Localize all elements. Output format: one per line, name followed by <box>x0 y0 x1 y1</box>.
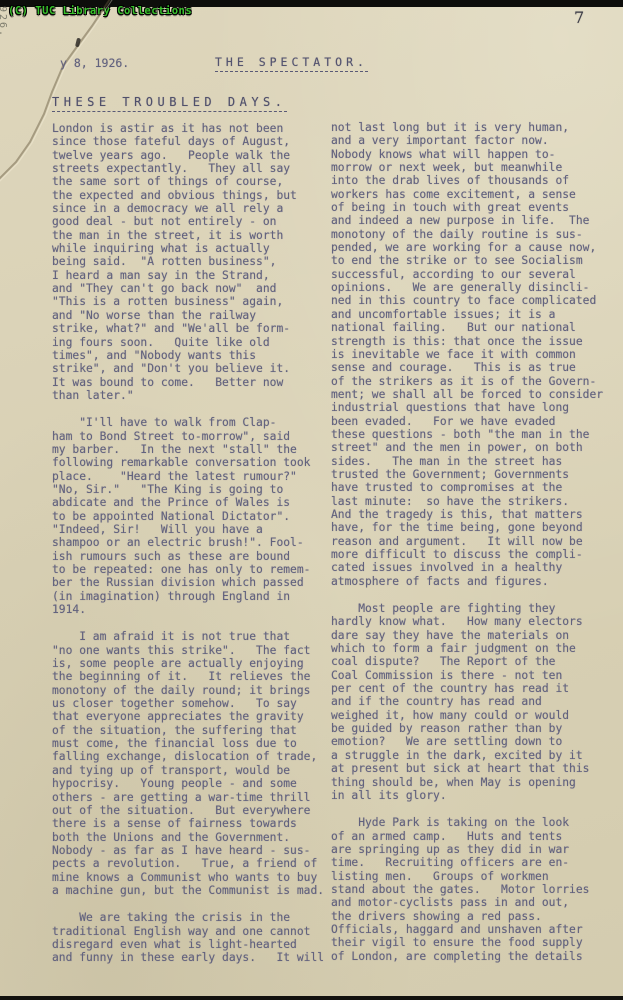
paragraph: Most people are fighting they hardly kno… <box>331 602 619 802</box>
publication-masthead: THE SPECTATOR. <box>215 55 368 72</box>
paragraph: I am afraid it is not true that "no one … <box>52 630 340 897</box>
paragraph: Hyde Park is taking on the look of an ar… <box>331 816 619 963</box>
copyright-watermark: (C) TUC Library Collections <box>8 5 192 17</box>
paragraph: We are taking the crisis in the traditio… <box>52 911 340 964</box>
scanner-border-bottom <box>0 996 623 1000</box>
article-left-column: London is astir as it has not been since… <box>52 122 340 979</box>
document-page: (C) TUC Library Collections 7 926. y 8, … <box>0 0 623 1000</box>
article-right-column: not last long but it is very human, and … <box>331 121 619 977</box>
article-title: THESE TROUBLED DAYS. <box>52 95 287 112</box>
paragraph: London is astir as it has not been since… <box>52 122 340 402</box>
ink-smudge <box>75 38 81 48</box>
paragraph: "I'll have to walk from Clap- ham to Bon… <box>52 416 340 616</box>
issue-date: y 8, 1926. <box>60 56 129 70</box>
page-number: 7 <box>574 8 584 27</box>
paragraph: not last long but it is very human, and … <box>331 121 619 588</box>
margin-note: 926. <box>0 6 8 38</box>
